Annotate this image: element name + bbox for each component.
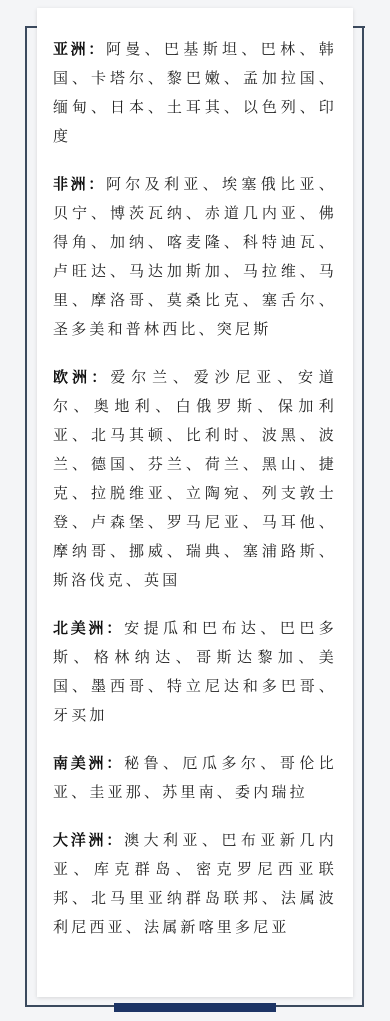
section-europe: 欧洲：爱尔兰、爱沙尼亚、安道尔、奥地利、白俄罗斯、保加利亚、北马其顿、比利时、波…: [53, 363, 337, 595]
section-label: 亚洲：: [53, 40, 106, 58]
country-list: 爱尔兰、爱沙尼亚、安道尔、奥地利、白俄罗斯、保加利亚、北马其顿、比利时、波黑、波…: [53, 368, 337, 589]
section-north-america: 北美洲：安提瓜和巴布达、巴巴多斯、格林纳达、哥斯达黎加、美国、墨西哥、特立尼达和…: [53, 614, 337, 730]
section-label: 北美洲：: [53, 619, 124, 637]
section-africa: 非洲：阿尔及利亚、埃塞俄比亚、贝宁、博茨瓦纳、赤道几内亚、佛得角、加纳、喀麦隆、…: [53, 170, 337, 344]
section-label: 非洲：: [53, 175, 106, 193]
section-asia: 亚洲：阿曼、巴基斯坦、巴林、韩国、卡塔尔、黎巴嫩、孟加拉国、缅甸、日本、土耳其、…: [53, 35, 337, 151]
section-label: 南美洲：: [53, 754, 124, 772]
section-south-america: 南美洲：秘鲁、厄瓜多尔、哥伦比亚、圭亚那、苏里南、委内瑞拉: [53, 749, 337, 807]
content-card: 亚洲：阿曼、巴基斯坦、巴林、韩国、卡塔尔、黎巴嫩、孟加拉国、缅甸、日本、土耳其、…: [37, 8, 353, 997]
frame-corner-right: [351, 26, 365, 28]
accent-bar: [114, 1003, 276, 1012]
section-label: 大洋洲：: [53, 831, 124, 849]
section-oceania: 大洋洲：澳大利亚、巴布亚新几内亚、库克群岛、密克罗尼西亚联邦、北马里亚纳群岛联邦…: [53, 826, 337, 942]
section-label: 欧洲：: [53, 368, 110, 386]
country-list: 阿尔及利亚、埃塞俄比亚、贝宁、博茨瓦纳、赤道几内亚、佛得角、加纳、喀麦隆、科特迪…: [53, 175, 337, 338]
